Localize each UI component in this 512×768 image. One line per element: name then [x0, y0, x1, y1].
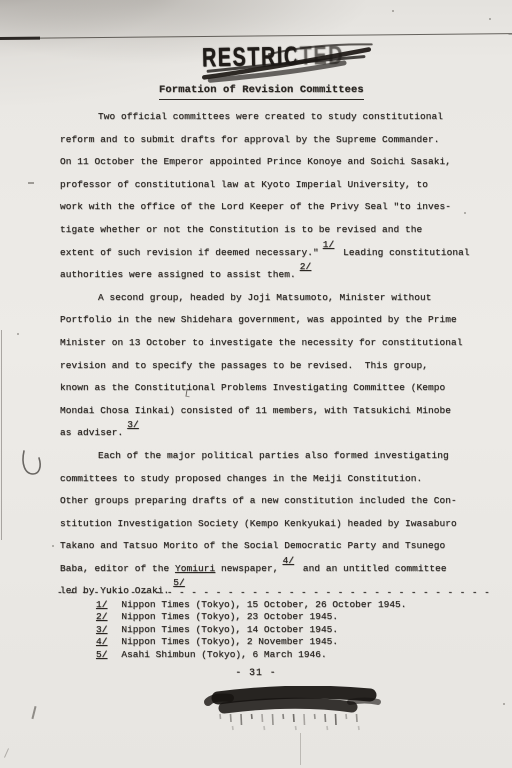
text-line: Each of the major political parties also…	[60, 450, 470, 473]
page-number: - 31 -	[0, 667, 512, 678]
text-line: professor of constitutional law at Kyoto…	[60, 179, 470, 202]
corner-mark	[4, 748, 9, 758]
scan-speck	[489, 18, 491, 20]
text-segment: Each of the major political parties also…	[98, 450, 449, 461]
text-line: Minister on 13 October to investigate th…	[60, 337, 470, 360]
footnote-number: 3/	[96, 624, 107, 635]
stamp-letter-remnants	[220, 714, 359, 730]
text-segment: Portfolio in the new Shidehara governmen…	[60, 314, 457, 325]
text-segment: On 11 October the Emperor appointed Prin…	[60, 156, 451, 167]
footnote-text: Asahi Shimbun (Tokyo), 6 March 1946.	[121, 649, 326, 660]
text-line: Mondai Chosa Iinkai) consisted of 11 mem…	[60, 405, 470, 428]
scan-speck	[17, 333, 19, 335]
text-segment: professor of constitutional law at Kyoto…	[60, 179, 428, 190]
page-title: Formation of Revision Committees	[159, 84, 364, 100]
document-body: Two official committees were created to …	[60, 111, 470, 608]
scan-speck	[464, 212, 466, 214]
text-segment: stitution Investigation Society (Kempo K…	[60, 518, 457, 529]
top-rule-left-dash	[0, 37, 40, 40]
text-line: stitution Investigation Society (Kempo K…	[60, 518, 470, 541]
footnote-item: 3/Nippon Times (Tokyo), 14 October 1945.	[96, 624, 406, 636]
scan-speck	[52, 545, 54, 547]
handwritten-mark-icon	[18, 446, 46, 482]
text-line: Portfolio in the new Shidehara governmen…	[60, 314, 470, 337]
text-line: authorities were assigned to assist them…	[60, 269, 470, 292]
obliterated-stamp-bottom	[200, 686, 395, 741]
scanned-document-page: RESTRICTED RESTRICTED Formation of Revis…	[0, 0, 512, 768]
text-segment: Two official committees were created to …	[98, 111, 443, 122]
text-segment: revision and to specify the passages to …	[60, 360, 428, 371]
text-segment: Mondai Chosa Iinkai) consisted of 11 mem…	[60, 405, 451, 416]
footnote-separator: - - - - - - - - - - - - - - - - - - - - …	[57, 587, 490, 598]
text-segment: tigate whether or not the Constitution i…	[60, 224, 422, 235]
text-segment: and an untitled committee	[297, 563, 447, 574]
text-line: Two official committees were created to …	[60, 111, 470, 134]
footnote-text: Nippon Times (Tokyo), 14 October 1945.	[121, 624, 338, 635]
text-segment: extent of such revision if deemed necess…	[60, 247, 319, 258]
text-line: revision and to specify the passages to …	[60, 360, 470, 383]
text-segment: work with the office of the Lord Keeper …	[60, 201, 451, 212]
footnote-ref: 1/	[323, 239, 335, 250]
text-line: as adviser.3/	[60, 427, 470, 450]
paper-crease	[300, 733, 301, 765]
footnote-number: 1/	[96, 599, 107, 610]
text-segment: A second group, headed by Joji Matsumoto…	[98, 292, 432, 303]
restricted-stamp-top: RESTRICTED RESTRICTED	[202, 41, 363, 84]
footnote-number: 5/	[96, 649, 107, 660]
text-segment: Baba, editor of the	[60, 563, 175, 574]
paper-edge-line	[1, 330, 2, 540]
text-line: committees to study proposed changes in …	[60, 473, 470, 496]
footnote-text: Nippon Times (Tokyo), 2 November 1945.	[121, 636, 338, 647]
footnote-item: 1/Nippon Times (Tokyo), 15 October, 26 O…	[96, 599, 406, 611]
text-segment: Other groups preparing drafts of a new c…	[60, 495, 457, 506]
text-segment: Minister on 13 October to investigate th…	[60, 337, 463, 348]
text-line: Baba, editor of the Yomiuri newspaper,4/…	[60, 563, 470, 586]
text-line: reform and to submit drafts for approval…	[60, 134, 470, 157]
footnote-item: 4/Nippon Times (Tokyo), 2 November 1945.	[96, 636, 406, 648]
text-segment: reform and to submit drafts for approval…	[60, 134, 440, 145]
scan-speck	[28, 182, 34, 184]
text-line: tigate whether or not the Constitution i…	[60, 224, 470, 247]
footnote-item: 5/Asahi Shimbun (Tokyo), 6 March 1946.	[96, 649, 406, 661]
footnote-ref: 3/	[127, 419, 139, 430]
footnote-text: Nippon Times (Tokyo), 23 October 1945.	[121, 611, 338, 622]
footnote-item: 2/Nippon Times (Tokyo), 23 October 1945.	[96, 611, 406, 623]
footnote-ref: 2/	[300, 261, 312, 272]
footnote-number: 2/	[96, 611, 107, 622]
text-segment: newspaper,	[215, 563, 278, 574]
text-segment: as adviser.	[60, 427, 123, 438]
text-line: Other groups preparing drafts of a new c…	[60, 495, 470, 518]
text-segment: authorities were assigned to assist them…	[60, 269, 296, 280]
text-segment: known as the Constitutional Problems Inv…	[60, 382, 445, 393]
text-line: Takano and Tatsuo Morito of the Social D…	[60, 540, 470, 563]
text-line: known as the Constitutional Problems Inv…	[60, 382, 470, 405]
text-line: work with the office of the Lord Keeper …	[60, 201, 470, 224]
underlined-word: Yomiuri	[175, 563, 215, 574]
pen-tick-mark	[31, 706, 36, 719]
scan-speck	[392, 10, 394, 12]
text-segment: committees to study proposed changes in …	[60, 473, 422, 484]
text-line: A second group, headed by Joji Matsumoto…	[60, 292, 470, 315]
text-line: On 11 October the Emperor appointed Prin…	[60, 156, 470, 179]
footnote-text: Nippon Times (Tokyo), 15 October, 26 Oct…	[121, 599, 406, 610]
text-line: extent of such revision if deemed necess…	[60, 247, 470, 270]
footnote-list: 1/Nippon Times (Tokyo), 15 October, 26 O…	[96, 599, 406, 661]
text-segment: Leading constitutional	[337, 247, 469, 258]
footnote-number: 4/	[96, 636, 107, 647]
footnote-ref: 4/	[283, 555, 295, 566]
text-segment: Takano and Tatsuo Morito of the Social D…	[60, 540, 445, 551]
scan-speck	[503, 703, 505, 705]
